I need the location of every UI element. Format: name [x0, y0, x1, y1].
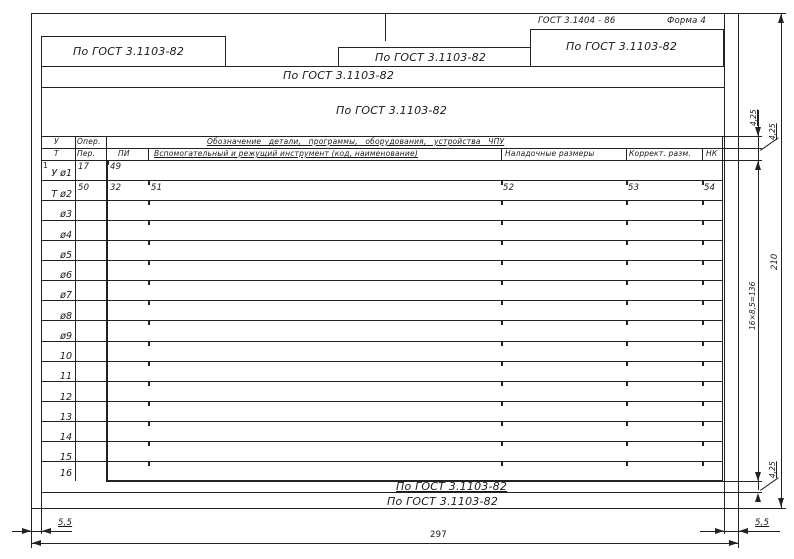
- row2-correct: 53: [628, 183, 639, 193]
- column-tick: [626, 382, 628, 386]
- leader-bottom: [760, 477, 779, 490]
- column-tick: [148, 301, 150, 305]
- column-tick: [702, 221, 704, 225]
- dim-55-right: 5,5: [755, 518, 769, 528]
- form-label: Форма 4: [667, 16, 706, 26]
- band-text: По ГОСТ 3.1103-82: [283, 69, 394, 82]
- column-tick: [501, 261, 503, 265]
- col-sep-1: [75, 136, 76, 481]
- column-tick: [148, 422, 150, 426]
- column-tick: [702, 462, 704, 466]
- row-divider: [41, 320, 722, 321]
- column-tick: [626, 301, 628, 305]
- header-col-t: Т: [54, 149, 59, 158]
- header-col-tool: Вспомогательный и режущий инструмент (ко…: [154, 149, 418, 158]
- arrow-down-icon: [755, 127, 761, 136]
- column-tick: [148, 201, 150, 205]
- block-right-text: По ГОСТ 3.1103-82: [566, 40, 677, 53]
- arrow-up-icon: [755, 161, 761, 170]
- column-tick: [626, 201, 628, 205]
- arrow-left-icon: [42, 528, 51, 534]
- block-left-text: По ГОСТ 3.1103-82: [73, 45, 184, 58]
- column-tick: [148, 181, 150, 185]
- column-tick: [148, 241, 150, 245]
- column-tick: [148, 402, 150, 406]
- column-tick: [626, 342, 628, 346]
- column-tick: [702, 241, 704, 245]
- block-right: По ГОСТ 3.1103-82: [530, 29, 724, 67]
- header-col-u: У: [54, 137, 59, 146]
- column-tick: [148, 342, 150, 346]
- arrow-down-icon: [778, 498, 784, 507]
- row-divider: [41, 461, 722, 462]
- frame-left: [31, 13, 32, 530]
- column-tick: [148, 442, 150, 446]
- dim-ext-148: [722, 148, 762, 149]
- column-tick: [501, 402, 503, 406]
- column-tick: [501, 442, 503, 446]
- dim-297-line: [31, 543, 738, 544]
- content-left-bold: [106, 160, 108, 482]
- column-tick: [148, 321, 150, 325]
- arrow-right-icon: [729, 540, 738, 546]
- column-tick: [501, 362, 503, 366]
- column-tick: [702, 201, 704, 205]
- column-tick: [626, 221, 628, 225]
- row-divider: [41, 421, 722, 422]
- dim-ext-136: [722, 136, 762, 137]
- column-tick: [148, 462, 150, 466]
- header-col-oper: Опер.: [77, 137, 101, 146]
- block-left: По ГОСТ 3.1103-82: [41, 36, 226, 67]
- column-tick: [702, 362, 704, 366]
- arrow-up-icon: [755, 493, 761, 502]
- band-top: [41, 66, 724, 67]
- column-tick: [501, 321, 503, 325]
- dim-55-left: 5,5: [58, 518, 72, 528]
- dim-297: 297: [430, 530, 447, 540]
- column-tick: [702, 422, 704, 426]
- header-designation: Обозначение детали, программы, оборудова…: [207, 137, 504, 146]
- column-tick: [501, 241, 503, 245]
- column-tick: [626, 442, 628, 446]
- column-tick: [501, 301, 503, 305]
- row-divider: [41, 240, 722, 241]
- column-tick: [626, 281, 628, 285]
- col-sep-3: [148, 148, 149, 160]
- dim-210: 210: [770, 254, 780, 270]
- column-tick: [148, 261, 150, 265]
- row2-label: Т ø2: [44, 189, 72, 200]
- dim-210-line: [781, 13, 782, 508]
- column-tick: [148, 382, 150, 386]
- column-tick: [501, 181, 503, 185]
- row-divider: [41, 441, 722, 442]
- row-divider: [41, 220, 722, 221]
- row-divider: [41, 200, 722, 201]
- arrow-up-icon: [778, 14, 784, 23]
- column-tick: [626, 181, 628, 185]
- frame-right-inner: [724, 13, 725, 508]
- column-tick: [626, 462, 628, 466]
- row2-per: 50: [78, 183, 89, 193]
- column-tick: [107, 161, 109, 165]
- col-sep-right: [722, 136, 723, 481]
- dim-425-top: 4,25: [749, 109, 758, 126]
- row-divider: [41, 401, 722, 402]
- col-sep-6: [702, 148, 703, 160]
- block-middle: По ГОСТ 3.1103-82: [338, 47, 531, 67]
- header-col-correct: Коррект. разм.: [629, 149, 691, 158]
- header-col-pi: ПИ: [118, 149, 130, 158]
- column-tick: [626, 321, 628, 325]
- column-tick: [702, 321, 704, 325]
- column-tick: [501, 281, 503, 285]
- col-sep-5: [626, 148, 627, 160]
- center-mark: [385, 13, 386, 41]
- row1-pi: 49: [110, 162, 121, 172]
- block-middle-text: По ГОСТ 3.1103-82: [375, 51, 486, 64]
- column-tick: [626, 402, 628, 406]
- column-tick: [702, 402, 704, 406]
- main-area-text: По ГОСТ 3.1103-82: [336, 104, 447, 117]
- header-col-per: Пер.: [77, 149, 95, 158]
- column-tick: [626, 422, 628, 426]
- column-tick: [148, 221, 150, 225]
- dim-425-bottom: 4,25: [768, 461, 777, 478]
- arrow-right-icon: [22, 528, 31, 534]
- dim-ext-481: [722, 481, 762, 482]
- column-tick: [501, 201, 503, 205]
- footer-row1-bottom: [41, 492, 724, 493]
- inner-frame-left: [41, 36, 42, 508]
- header-col-setup: Наладочные размеры: [505, 149, 595, 158]
- footer-row1-text: По ГОСТ 3.1103-82: [396, 480, 507, 493]
- arrow-down-icon: [755, 472, 761, 481]
- row2-tool: 51: [151, 183, 162, 193]
- column-tick: [702, 301, 704, 305]
- column-tick: [626, 362, 628, 366]
- row-label: 16: [44, 468, 72, 479]
- row1-oper: 17: [78, 162, 89, 172]
- frame-bottom: [31, 508, 738, 509]
- header-row2-bottom: [41, 160, 724, 161]
- column-tick: [702, 442, 704, 446]
- dim-210-ext-bottom: [738, 508, 786, 509]
- header-col-nk: НК: [706, 149, 717, 158]
- column-tick: [626, 241, 628, 245]
- row2-pi: 32: [110, 183, 121, 193]
- column-tick: [501, 422, 503, 426]
- arrow-left-icon: [32, 540, 41, 546]
- row-divider: [41, 341, 722, 342]
- row-label: ø3: [44, 209, 72, 220]
- row-divider: [41, 381, 722, 382]
- column-tick: [148, 281, 150, 285]
- row-divider: [41, 260, 722, 261]
- column-tick: [626, 261, 628, 265]
- column-tick: [702, 382, 704, 386]
- column-tick: [501, 462, 503, 466]
- column-tick: [501, 342, 503, 346]
- dim-136: 16×8,5=136: [748, 282, 757, 330]
- row-divider: [41, 361, 722, 362]
- column-tick: [501, 382, 503, 386]
- arrow-right-icon: [715, 528, 724, 534]
- standard-label: ГОСТ 3.1404 - 86: [538, 16, 615, 26]
- frame-right-outer: [738, 13, 739, 530]
- col-sep-4: [501, 148, 502, 160]
- column-tick: [702, 181, 704, 185]
- column-tick: [702, 281, 704, 285]
- row-divider: [41, 180, 722, 181]
- footer-row2-text: По ГОСТ 3.1103-82: [387, 495, 498, 508]
- column-tick: [501, 221, 503, 225]
- column-tick: [702, 261, 704, 265]
- row2-nk: 54: [704, 183, 715, 193]
- row1-label: У ø1: [44, 168, 72, 179]
- column-tick: [148, 362, 150, 366]
- row-divider: [41, 300, 722, 301]
- row-divider: [41, 280, 722, 281]
- column-tick: [702, 342, 704, 346]
- row2-setup: 52: [503, 183, 514, 193]
- arrow-left-icon: [739, 528, 748, 534]
- band-bottom: [41, 87, 724, 88]
